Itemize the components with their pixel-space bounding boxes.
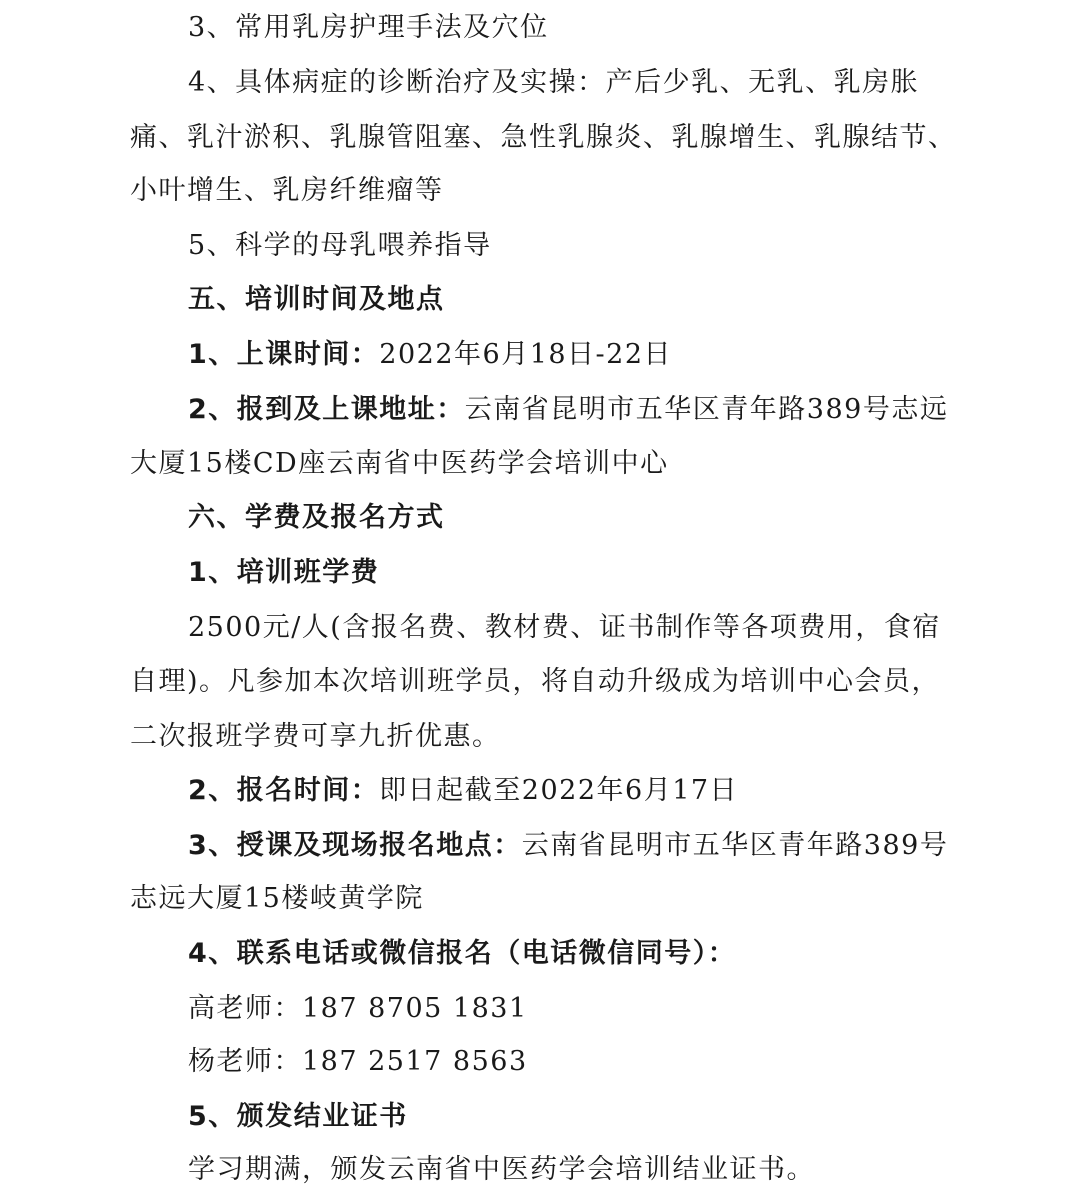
heading-text: 1、培训班学费 — [188, 557, 379, 588]
paragraph-continuation: 二次报班学费可享九折优惠。 — [130, 720, 960, 754]
class-address: 2、报到及上课地址：云南省昆明市五华区青年路389号志远 — [188, 393, 1018, 427]
field-label: 2、报到及上课地址： — [188, 394, 465, 425]
subheading-certificate: 5、颁发结业证书 — [188, 1100, 1018, 1134]
field-label: 2、报名时间： — [188, 775, 379, 806]
list-item-diagnosis-treatment: 4、具体病症的诊断治疗及实操：产后少乳、无乳、乳房胀 — [188, 66, 1018, 100]
tuition-details: 2500元/人(含报名费、教材费、证书制作等各项费用，食宿 — [188, 611, 1018, 645]
field-value: 即日起截至2022年6月17日 — [379, 775, 738, 806]
paragraph-continuation: 痛、乳汁淤积、乳腺管阻塞、急性乳腺炎、乳腺增生、乳腺结节、 — [130, 121, 960, 155]
line-text: 4、具体病症的诊断治疗及实操：产后少乳、无乳、乳房胀 — [188, 67, 919, 98]
field-label: 1、上课时间： — [188, 339, 379, 370]
line-text: 痛、乳汁淤积、乳腺管阻塞、急性乳腺炎、乳腺增生、乳腺结节、 — [130, 122, 957, 153]
document-page: 3、常用乳房护理手法及穴位 4、具体病症的诊断治疗及实操：产后少乳、无乳、乳房胀… — [0, 0, 1080, 1185]
contact-text: 高老师：187 8705 1831 — [188, 993, 528, 1024]
class-time: 1、上课时间：2022年6月18日-22日 — [188, 338, 1018, 372]
list-item-breast-care-techniques: 3、常用乳房护理手法及穴位 — [188, 11, 1018, 45]
subheading-contact: 4、联系电话或微信报名（电话微信同号）： — [188, 937, 1018, 971]
certificate-details: 学习期满，颁发云南省中医药学会培训结业证书。 — [188, 1153, 1018, 1185]
section-heading-fees-registration: 六、学费及报名方式 — [188, 501, 1018, 535]
paragraph-continuation: 志远大厦15楼岐黄学院 — [130, 882, 960, 916]
contact-text: 杨老师：187 2517 8563 — [188, 1046, 528, 1077]
paragraph-continuation: 小叶增生、乳房纤维瘤等 — [130, 174, 960, 208]
heading-text: 4、联系电话或微信报名（电话微信同号）： — [188, 938, 736, 969]
section-heading-time-location: 五、培训时间及地点 — [188, 283, 1018, 317]
field-value: 2022年6月18日-22日 — [379, 339, 672, 370]
line-text: 5、科学的母乳喂养指导 — [188, 230, 492, 261]
subheading-tuition: 1、培训班学费 — [188, 556, 1018, 590]
line-text: 二次报班学费可享九折优惠。 — [130, 721, 501, 752]
field-label: 3、授课及现场报名地点： — [188, 830, 522, 861]
registration-time: 2、报名时间：即日起截至2022年6月17日 — [188, 774, 1018, 808]
paragraph-continuation: 自理)。凡参加本次培训班学员，将自动升级成为培训中心会员， — [130, 665, 960, 699]
paragraph-continuation: 大厦15楼CD座云南省中医药学会培训中心 — [130, 447, 960, 481]
field-value: 云南省昆明市五华区青年路389号 — [522, 830, 949, 861]
heading-text: 五、培训时间及地点 — [188, 284, 445, 315]
heading-text: 5、颁发结业证书 — [188, 1101, 408, 1132]
line-text: 自理)。凡参加本次培训班学员，将自动升级成为培训中心会员， — [130, 666, 940, 697]
heading-text: 六、学费及报名方式 — [188, 502, 445, 533]
field-value: 云南省昆明市五华区青年路389号志远 — [465, 394, 949, 425]
line-text: 学习期满，颁发云南省中医药学会培训结业证书。 — [188, 1154, 815, 1185]
line-text: 3、常用乳房护理手法及穴位 — [188, 12, 549, 43]
line-text: 大厦15楼CD座云南省中医药学会培训中心 — [130, 448, 669, 479]
registration-location: 3、授课及现场报名地点：云南省昆明市五华区青年路389号 — [188, 829, 1018, 863]
line-text: 志远大厦15楼岐黄学院 — [130, 883, 424, 914]
contact-teacher-gao: 高老师：187 8705 1831 — [188, 992, 1018, 1026]
line-text: 2500元/人(含报名费、教材费、证书制作等各项费用，食宿 — [188, 612, 941, 643]
line-text: 小叶增生、乳房纤维瘤等 — [130, 175, 444, 206]
list-item-breastfeeding-guidance: 5、科学的母乳喂养指导 — [188, 229, 1018, 263]
contact-teacher-yang: 杨老师：187 2517 8563 — [188, 1045, 1018, 1079]
